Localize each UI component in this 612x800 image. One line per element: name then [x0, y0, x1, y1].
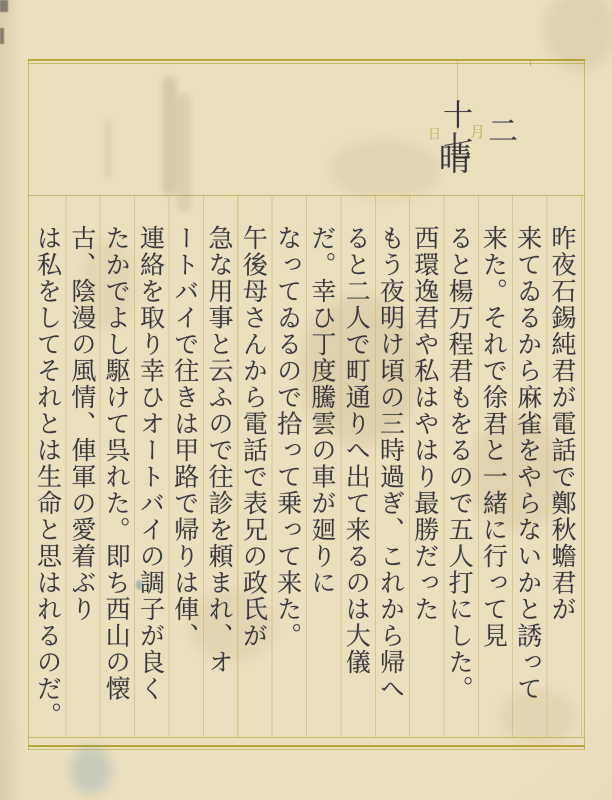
- manuscript-column: 来た。それで徐君と一緒に行って見: [476, 225, 510, 737]
- manuscript-column: 連絡を取り幸ひオートバイの調子が良く: [133, 225, 167, 737]
- ink-bleed-ghost: [103, 119, 113, 179]
- manuscript-column: は私をしてそれとは生命と思はれるのだ。: [30, 225, 64, 737]
- manuscript-column: 急な用事と云ふので往診を頼まれ、オ: [202, 225, 236, 737]
- manuscript-column: 西環逸君や私はやはり最勝だった: [408, 225, 442, 737]
- manuscript-column: だ。幸ひ丁度騰雲の車が廻りに: [305, 225, 339, 737]
- border-bottom-inner: [28, 749, 585, 750]
- ink-bleed-ghost: [162, 76, 177, 196]
- manuscript-column: なってゐるので拾って乗って来た。: [270, 225, 304, 737]
- manuscript-column: 来てゐるから麻雀をやらないかと誘って: [510, 225, 544, 737]
- page-edge-mark: [0, 28, 4, 44]
- page-edge-mark: [0, 0, 8, 12]
- border-right: [584, 59, 585, 750]
- manuscript-column: ると二人で町通りへ出て来るのは大儀: [339, 225, 373, 737]
- date-column: 二 月 十七 日: [462, 68, 514, 194]
- printed-day-label: 日: [426, 127, 439, 140]
- manuscript-column: 午後母さんから電話で表兄の政氏が: [236, 225, 270, 737]
- page-edge-shadow: [0, 0, 22, 800]
- manuscript-column: ると楊万程君もをるので五人打にした。: [442, 225, 476, 737]
- weather-mark: 晴: [430, 142, 476, 174]
- border-bottom-outer: [28, 745, 585, 747]
- manuscript-column: ートバイで往きは甲路で帰りは俥、: [167, 225, 201, 737]
- printed-month-label: 月: [469, 124, 484, 139]
- date-month-value: 二: [484, 115, 514, 147]
- blue-ink-speck: [136, 580, 142, 590]
- manuscript-text: 昨夜石錫純君が電話で鄭秋蟾君が来てゐるから麻雀をやらないかと誘って来た。それで徐…: [32, 195, 582, 737]
- grid-bottom-rule: [28, 737, 585, 738]
- diary-page: 二 月 十七 日 晴 昨夜石錫純君が電話で鄭秋蟾君が来てゐるから麻雀をやらないか…: [0, 0, 612, 800]
- manuscript-column: たかでよし駆けて呉れた。即ち西山の懐: [99, 225, 133, 737]
- manuscript-column: 昨夜石錫純君が電話で鄭秋蟾君が: [545, 225, 579, 737]
- blue-ink-stain: [70, 746, 112, 794]
- manuscript-column: もう夜明け頃の三時過ぎ、これから帰へ: [373, 225, 407, 737]
- manuscript-column: 古、陰漫の風情、俥軍の愛着ぶり: [65, 225, 99, 737]
- border-top-outer: [28, 59, 585, 61]
